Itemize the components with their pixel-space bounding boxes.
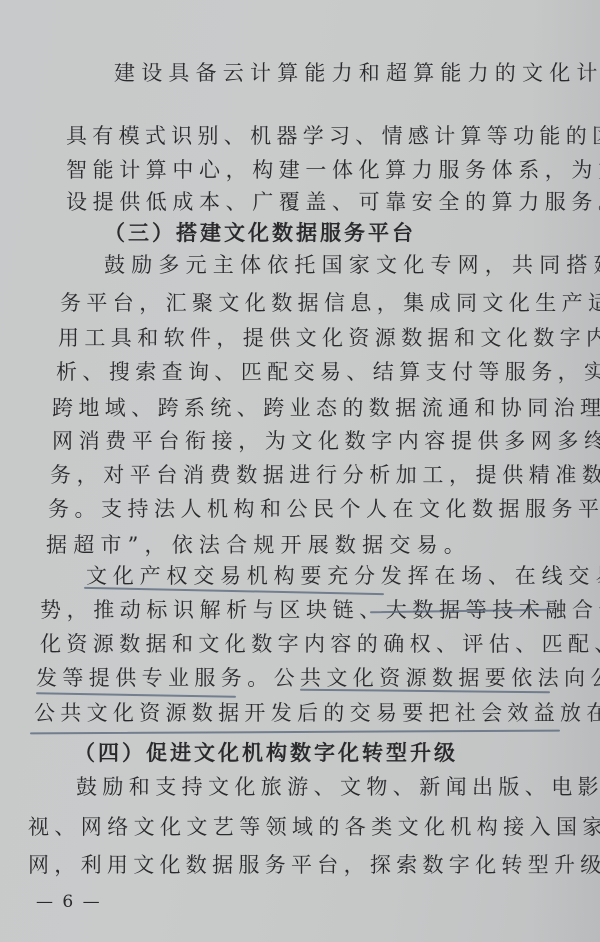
text-line: 鼓励和支持文化旅游、文物、新闻出版、电影、广播电 (76, 774, 600, 800)
text-line: 视、网络文化文艺等领域的各类文化机构接入国家文化专 (28, 814, 600, 840)
text-line: 务。支持法人机构和公民个人在文化数据服务平台开设“数 (48, 496, 600, 522)
text-line: 务平台，汇聚文化数据信息，集成同文化生产适配的各类应 (60, 290, 600, 316)
text-line: 鼓励多元主体依托国家文化专网，共同搭建文化数据服 (104, 252, 600, 278)
text-line: 设提供低成本、广覆盖、可靠安全的算力服务。 (66, 189, 600, 215)
text-line: 智能计算中心，构建一体化算力服务体系，为文化数字化建 (66, 157, 600, 183)
text-line: 文化产权交易机构要充分发挥在场、在线交易平台优 (86, 563, 600, 589)
document-page: 建设具备云计算能力和超算能力的文化计算体系，布局 具有模式识别、机器学习、情感计… (0, 0, 600, 942)
text-line: 建设具备云计算能力和超算能力的文化计算体系，布局 (114, 60, 600, 86)
pen-underline (36, 692, 236, 697)
pen-underline (30, 730, 560, 735)
text-line: 网，利用文化数据服务平台，探索数字化转型升级的有效途 (28, 852, 600, 878)
text-line: 据超市”，依法合规开展数据交易。 (46, 532, 471, 558)
text-line: 发等提供专业服务。公共文化资源数据要依法向公众开放， (36, 665, 600, 691)
text-line: 化资源数据和文化数字内容的确权、评估、匹配、交易、分 (40, 631, 600, 657)
section-heading-3: （三）搭建文化数据服务平台 (104, 220, 416, 246)
text-line: 跨地域、跨系统、跨业态的数据流通和协同治理，并与互联 (52, 395, 600, 421)
text-line: 公共文化资源数据开发后的交易要把社会效益放在首位。 (34, 700, 600, 726)
text-line: 析、搜索查询、匹配交易、结算支付等服务，实现跨层级、 (56, 359, 600, 385)
text-line: 用工具和软件，提供文化资源数据和文化数字内容的标识解 (58, 325, 600, 351)
text-line: 网消费平台衔接，为文化数字内容提供多网多终端分发服 (52, 428, 600, 454)
section-heading-4: （四）促进文化机构数字化转型升级 (74, 740, 458, 766)
text-line: 具有模式识别、机器学习、情感计算等功能的区域性集群式 (66, 123, 600, 149)
page-number: — 6 — (36, 892, 102, 912)
text-line: 务，对平台消费数据进行分析加工，提供精准数据分析服 (50, 462, 600, 488)
